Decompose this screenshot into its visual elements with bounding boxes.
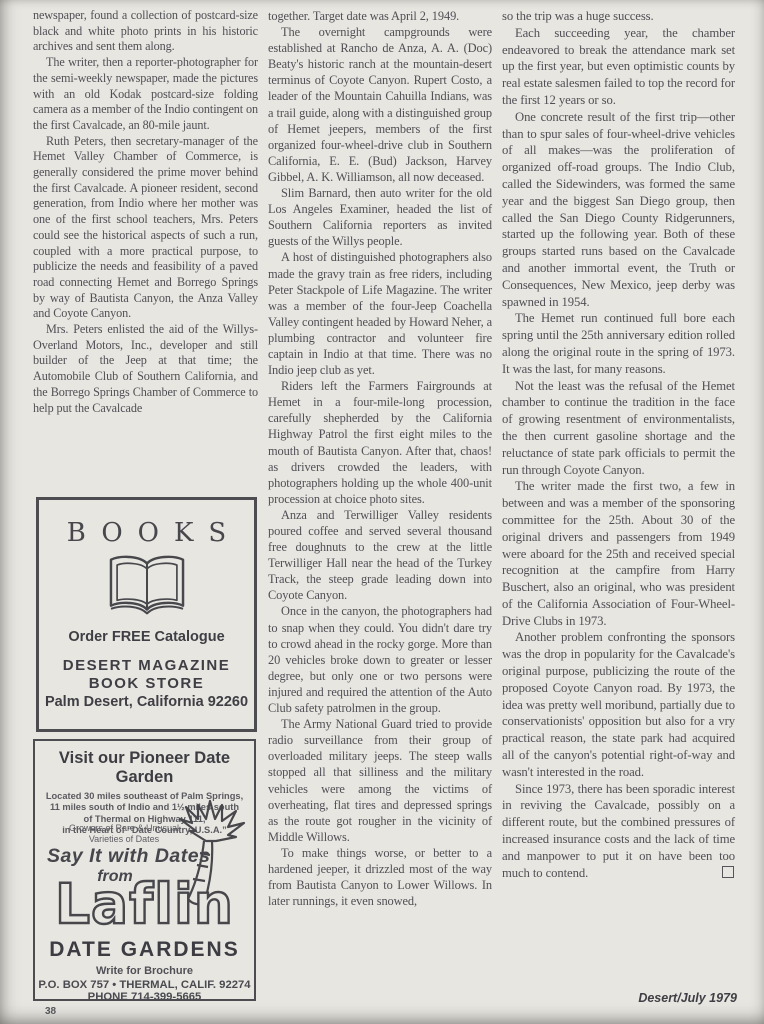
column-right: so the trip was a huge success. Each suc…: [502, 8, 735, 881]
paragraph: Slim Barnard, then auto writer for the o…: [268, 185, 492, 249]
paragraph: One concrete result of the first trip—ot…: [502, 109, 735, 311]
paragraph: Another problem confronting the sponsors…: [502, 629, 735, 780]
laflin-address-line: P.O. BOX 757 • THERMAL, CALIF. 92274: [35, 979, 254, 991]
paragraph: so the trip was a huge success.: [502, 8, 735, 25]
paragraph: Riders left the Farmers Fairgrounds at H…: [268, 378, 492, 507]
paragraph: Each succeeding year, the chamber endeav…: [502, 25, 735, 109]
article-end-mark: [722, 866, 734, 878]
column-left: newspaper, found a collection of postcar…: [33, 8, 258, 495]
books-ad-order-line: Order FREE Catalogue: [39, 629, 254, 645]
paragraph-text: Since 1973, there has been sporadic inte…: [502, 782, 735, 880]
paragraph: Not the least was the refusal of the Hem…: [502, 378, 735, 479]
books-ad: BOOKS Order FREE Catalogue DESERT MAGAZI…: [36, 497, 257, 732]
paragraph: A host of distinguished photographers al…: [268, 249, 492, 378]
laflin-headline: Visit our Pioneer Date Garden: [35, 749, 254, 787]
books-ad-city-line: Palm Desert, California 92260: [39, 693, 254, 711]
paragraph: Anza and Terwilliger Valley residents po…: [268, 507, 492, 604]
paragraph: The Army National Guard tried to provide…: [268, 716, 492, 845]
magazine-page: newspaper, found a collection of postcar…: [0, 0, 764, 1024]
open-book-icon: [39, 552, 254, 623]
laflin-brochure-line: Write for Brochure: [35, 965, 254, 977]
paragraph: The Hemet run continued full bore each s…: [502, 310, 735, 377]
paragraph: Once in the canyon, the photographers ha…: [268, 603, 492, 716]
paragraph: The writer made the first two, a few in …: [502, 478, 735, 629]
books-ad-title: BOOKS: [39, 518, 254, 548]
page-number: 38: [45, 1006, 56, 1017]
paragraph: The writer, then a reporter-photographer…: [33, 55, 258, 134]
laflin-subbrand: DATE GARDENS: [35, 938, 254, 962]
paragraph: together. Target date was April 2, 1949.: [268, 8, 492, 24]
magazine-credit: Desert/July 1979: [638, 991, 737, 1005]
paragraph: Mrs. Peters enlisted the aid of the Will…: [33, 322, 258, 416]
books-ad-store-line2: BOOK STORE: [39, 675, 254, 693]
paragraph: To make things worse, or better to a har…: [268, 845, 492, 909]
paragraph: Ruth Peters, then secretary-manager of t…: [33, 134, 258, 322]
laflin-slogan-line1: Say It with Dates: [47, 845, 210, 868]
paragraph: The overnight campgrounds were establish…: [268, 24, 492, 185]
column-middle: together. Target date was April 2, 1949.…: [268, 8, 492, 909]
books-ad-store-line1: DESERT MAGAZINE: [39, 657, 254, 675]
paragraph: Since 1973, there has been sporadic inte…: [502, 781, 735, 882]
paragraph: newspaper, found a collection of postcar…: [33, 8, 258, 55]
laflin-ad: Visit our Pioneer Date Garden Located 30…: [33, 739, 256, 1001]
laflin-phone-line: PHONE 714-399-5665: [35, 991, 254, 1003]
laflin-brand-logo: Laflin: [35, 875, 254, 933]
